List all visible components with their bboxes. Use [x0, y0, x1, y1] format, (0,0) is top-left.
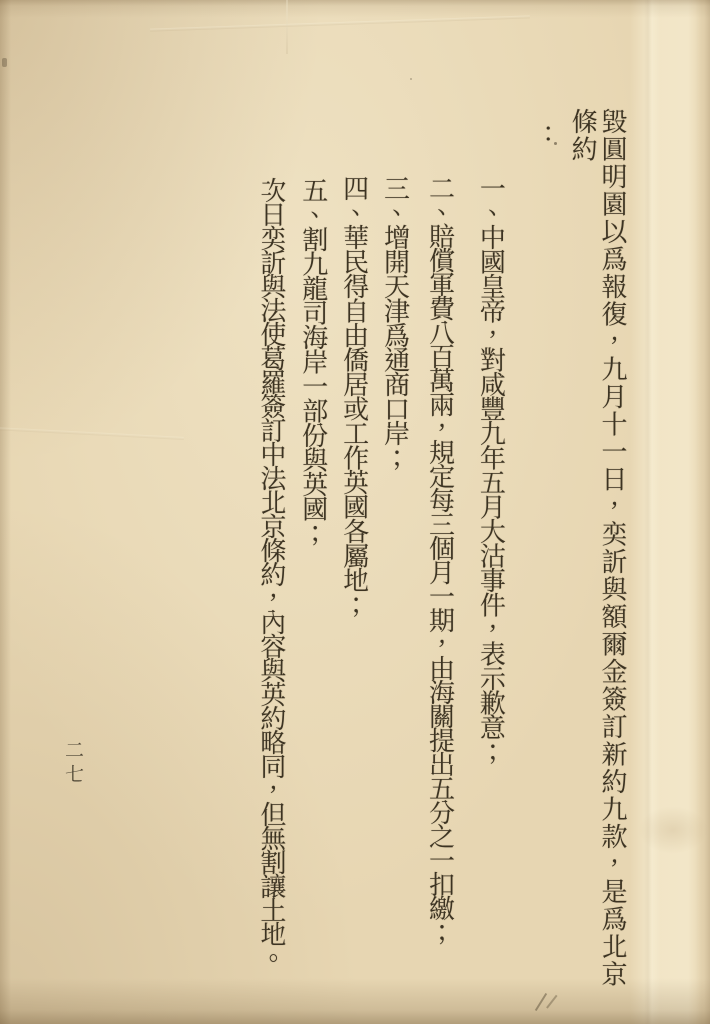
text-column-beijing-treaty-intro: 毀圓明園以爲報復，九月十一日，奕訢與額爾金簽訂新約九款，是爲北京條約 [566, 108, 626, 1012]
text-column-sino-french-treaty: 次日奕訢與法使葛羅簽訂中法北京條約，內容與英約略同，但無割讓土地。 [255, 177, 285, 1012]
text-column-treaty-clause-4: 四、華民得自由僑居或工作英國各屬地； [338, 175, 368, 1012]
paper-crease [0, 427, 184, 440]
page-number: 二七 [60, 740, 87, 788]
text-column-colon: ： [523, 124, 553, 1012]
scanned-paper-page: 毀圓明園以爲報復，九月十一日，奕訢與額爾金簽訂新約九款，是爲北京條約 ： 一、中… [0, 0, 710, 1024]
text-column-treaty-clause-2: 二、賠償軍費八百萬兩，規定每三個月一期，由海關提出五分之一扣繳； [424, 175, 454, 1012]
paper-stain [638, 806, 708, 854]
paper-speck [2, 58, 7, 67]
text-column-treaty-clause-1: 一、中國皇帝，對咸豐九年五月大沽事件，表示歉意； [474, 175, 504, 1012]
vertical-text-block: 毀圓明園以爲報復，九月十一日，奕訢與額爾金簽訂新約九款，是爲北京條約 ： 一、中… [255, 0, 626, 1012]
text-column-treaty-clause-3: 三、增開天津爲通商口岸； [379, 175, 409, 1012]
text-column-treaty-clause-5: 五、割九龍司海岸一部份與英國； [297, 177, 327, 1012]
